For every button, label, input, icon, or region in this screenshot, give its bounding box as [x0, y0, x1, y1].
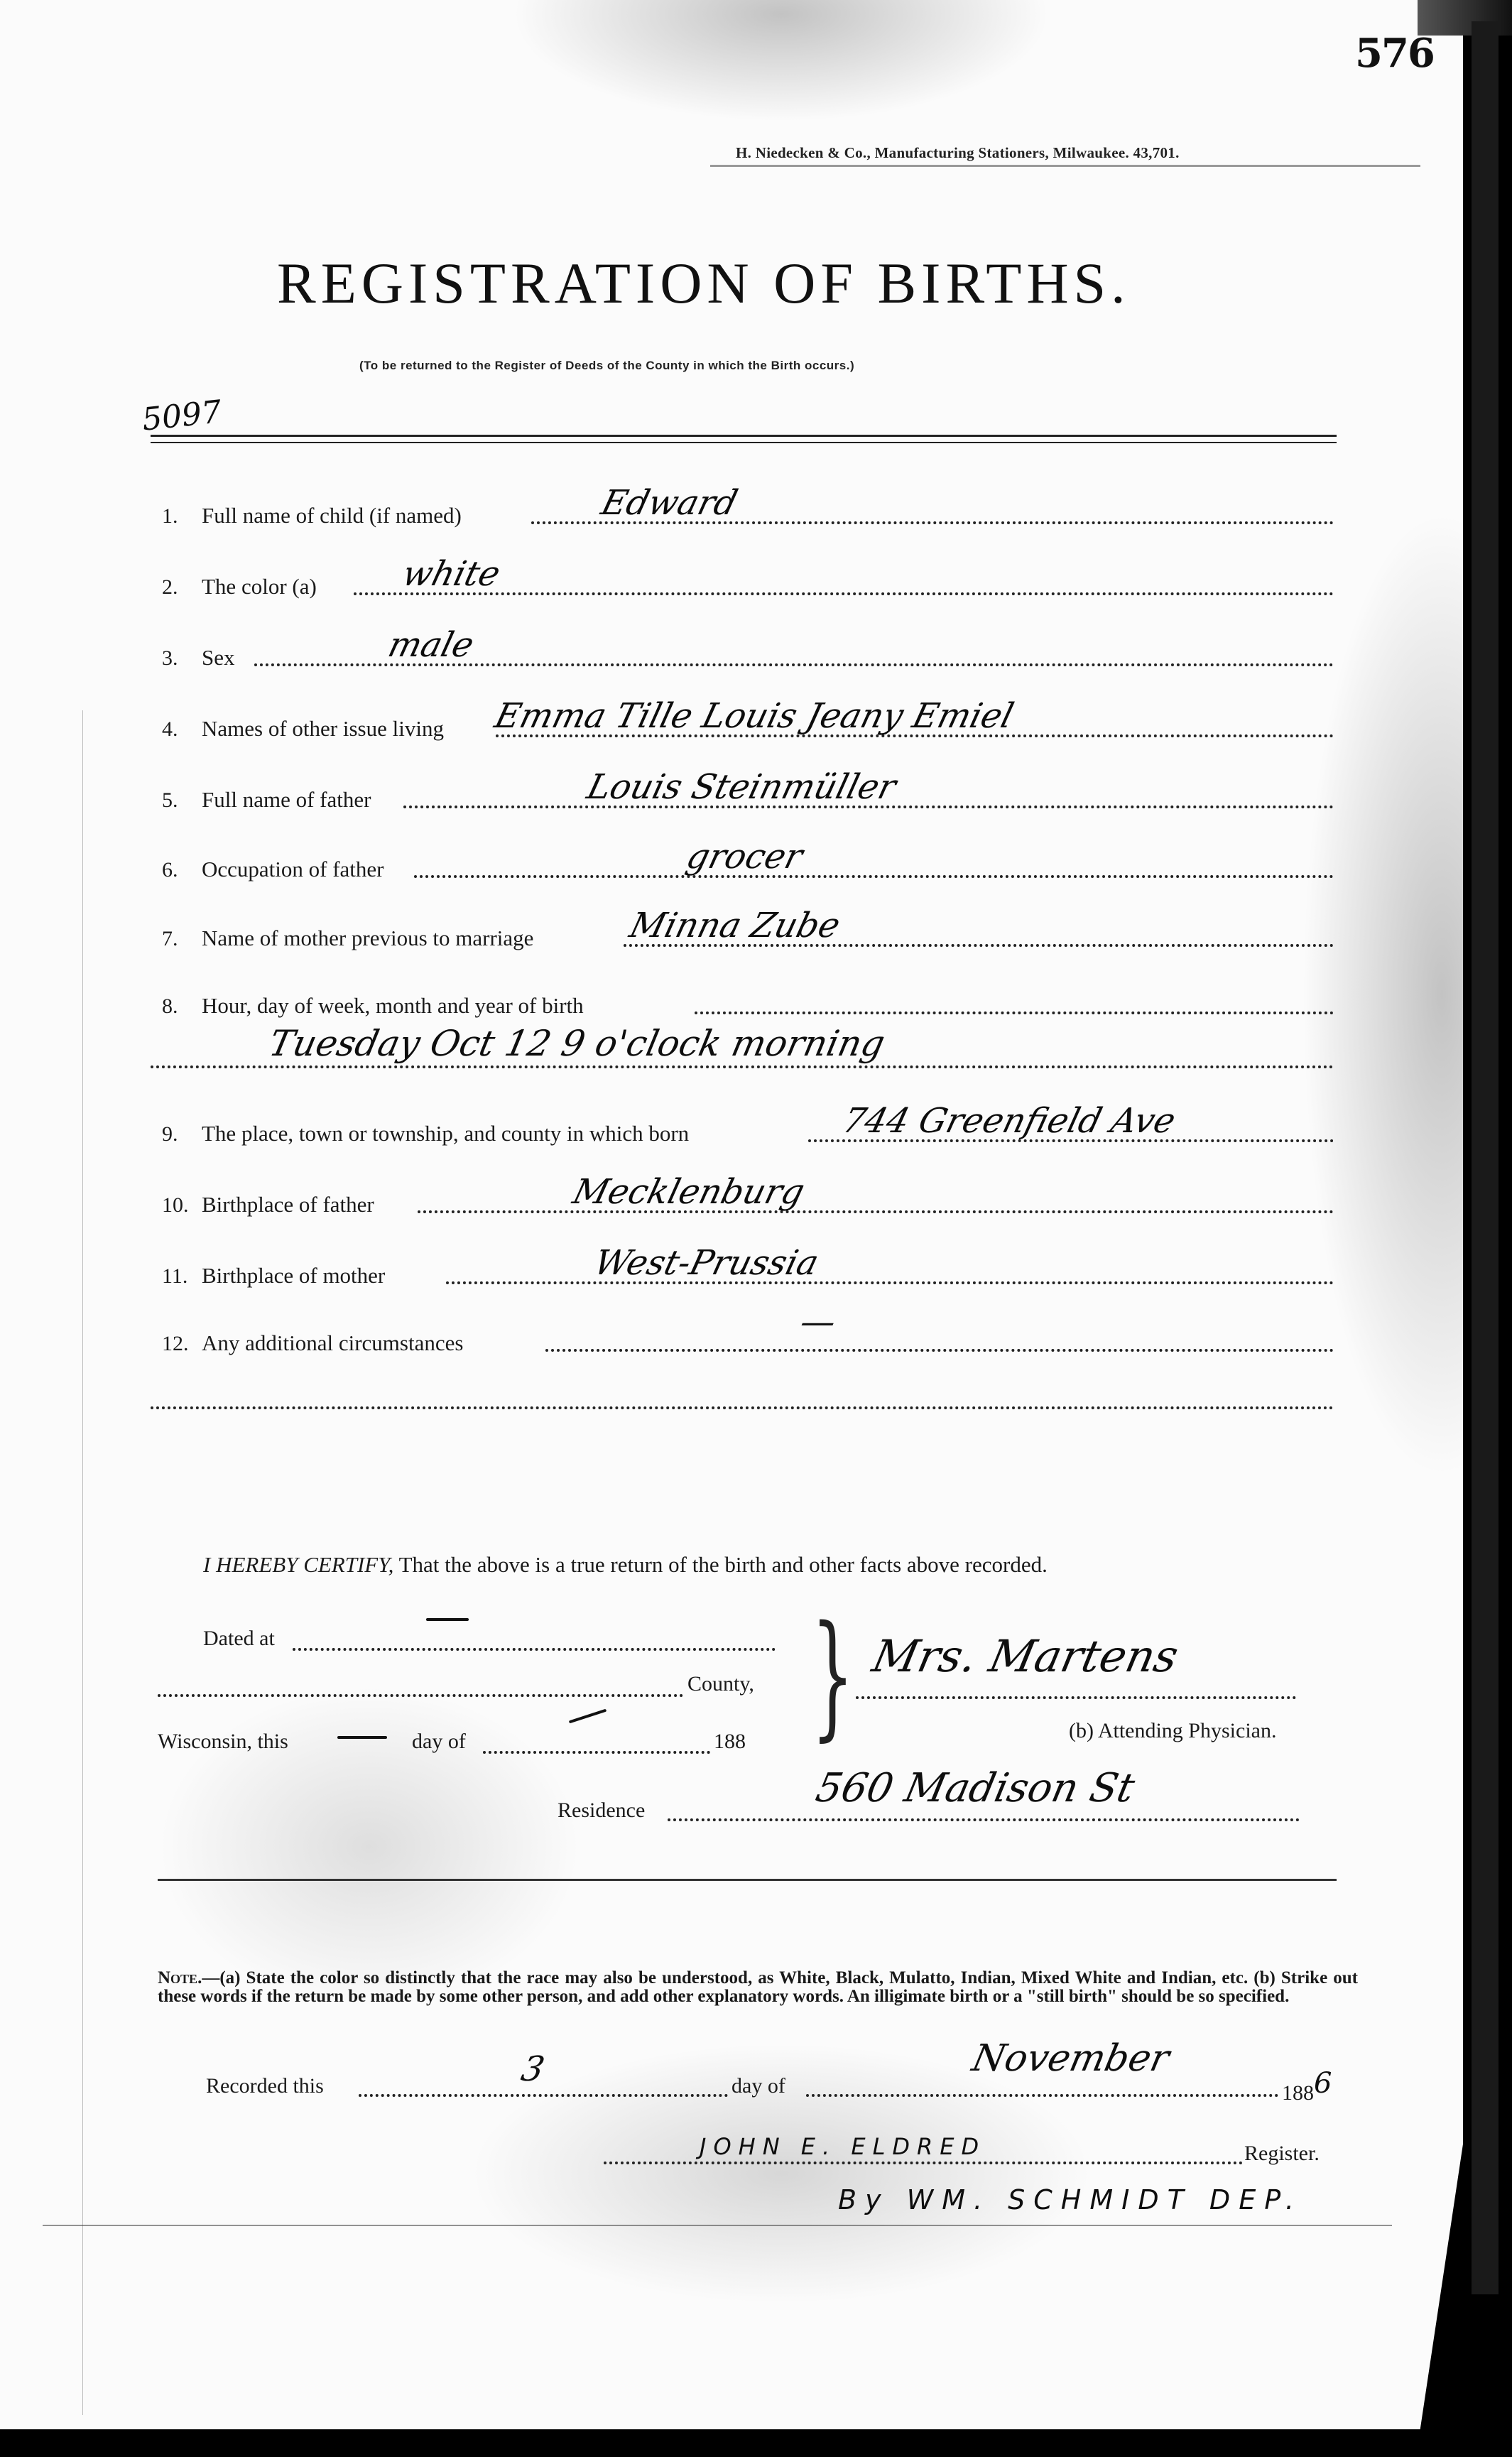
physician-signature: Mrs. Martens [868, 1630, 1182, 1682]
day-of-label: day of [412, 1730, 466, 1754]
field-number: 11. [162, 1264, 187, 1289]
dated-at-label: Dated at [203, 1627, 275, 1651]
field-value: West-Prussia [590, 1243, 822, 1283]
field-sex: 3. Sex male [162, 632, 1334, 675]
field-label: Hour, day of week, month and year of bir… [202, 993, 584, 1019]
deputy-signature: By WM. SCHMIDT DEP. [838, 2184, 1302, 2215]
register-line [604, 2162, 1243, 2164]
field-label: Names of other issue living [202, 716, 444, 742]
field-value: Emma Tille Louis Jeany Emiel [491, 696, 1018, 736]
field-father-birthplace: 10. Birthplace of father Mecklenburg [162, 1179, 1334, 1222]
field-child-name: 1. Full name of child (if named) Edward [162, 490, 1334, 533]
field-line [354, 592, 1334, 595]
note-lead: Note. [158, 1968, 202, 1987]
header-rule-top [151, 435, 1337, 437]
day-of-line [483, 1751, 710, 1754]
dated-at-line [293, 1648, 776, 1651]
signature-role: (b) Attending Physician. [1069, 1719, 1276, 1743]
register-label: Register. [1244, 2142, 1320, 2166]
certify-lead: I HEREBY CERTIFY, [203, 1552, 393, 1577]
certify-text: That the above is a true return of the b… [393, 1552, 1047, 1577]
field-value: Louis Steinmüller [583, 767, 900, 807]
field-number: 1. [162, 504, 178, 528]
register-name: JOHN E. ELDRED [700, 2133, 986, 2160]
field-value: white [398, 554, 504, 594]
field-label: The color (a) [202, 574, 317, 600]
field-value: Edward [597, 483, 741, 523]
field-line [414, 875, 1334, 878]
field-label: Full name of child (if named) [202, 503, 462, 528]
field-number: 6. [162, 858, 178, 882]
recorded-day-line [359, 2094, 728, 2097]
field-line [545, 1349, 1334, 1352]
field-number: 12. [162, 1332, 189, 1356]
field-label: The place, town or township, and county … [202, 1121, 689, 1146]
certification-statement: I HEREBY CERTIFY, That the above is a tr… [203, 1552, 1048, 1578]
field-line [418, 1210, 1334, 1213]
residence-label: Residence [558, 1799, 645, 1823]
wisconsin-label: Wisconsin, this [158, 1730, 288, 1754]
field-mother-birthplace: 11. Birthplace of mother West-Prussia [162, 1250, 1334, 1293]
note-text: —(a) State the color so distinctly that … [158, 1968, 1358, 2006]
residence-value: 560 Madison St [812, 1765, 1138, 1811]
form-subtitle: (To be returned to the Register of Deeds… [359, 359, 854, 373]
county-line [158, 1694, 683, 1697]
section-rule [158, 1879, 1337, 1881]
field-label: Full name of father [202, 787, 371, 813]
blank-dash [426, 1618, 469, 1621]
scan-edge-bottom [0, 2429, 1512, 2457]
field-number: 8. [162, 994, 178, 1019]
field-value: Minna Zube [626, 906, 844, 945]
field-number: 9. [162, 1122, 178, 1146]
scan-edge-right [1472, 21, 1499, 2294]
field-father-name: 5. Full name of father Louis Steinmüller [162, 774, 1334, 817]
field-father-occupation: 6. Occupation of father grocer [162, 844, 1334, 886]
recorded-year-prefix: 1886 [1282, 2074, 1332, 2107]
recorded-month: November [969, 2037, 1173, 2080]
field-line [695, 1011, 1334, 1014]
bottom-rule [43, 2225, 1392, 2226]
field-number: 7. [162, 927, 178, 951]
field-label: Occupation of father [202, 857, 384, 882]
year-prefix: 188 [1282, 2081, 1314, 2105]
field-value: Mecklenburg [569, 1172, 808, 1212]
recorded-month-line [806, 2094, 1278, 2097]
field-number: 4. [162, 717, 178, 742]
field-birth-place: 9. The place, town or township, and coun… [162, 1108, 1334, 1151]
form-note: Note.—(a) State the color so distinctly … [158, 1969, 1358, 2006]
additional-circumstances-line-2 [151, 1406, 1334, 1409]
imprint-rule [710, 165, 1420, 167]
form-title: REGISTRATION OF BIRTHS. [277, 250, 1131, 317]
recorded-this-label: Recorded this [206, 2074, 324, 2098]
field-birth-time-value: Tuesday Oct 12 9 o'clock morning [266, 1023, 888, 1064]
field-number: 5. [162, 788, 178, 813]
recorded-day-of-label: day of [731, 2074, 785, 2098]
blank-dash [337, 1736, 387, 1739]
field-number: 3. [162, 646, 178, 671]
year-prefix: 188 [714, 1730, 746, 1754]
header-rule-bottom [151, 442, 1337, 443]
year-suffix: 6 [1314, 2067, 1332, 2100]
paper-fold-line [82, 710, 83, 2415]
field-value: 744 Greenfield Ave [839, 1101, 1180, 1141]
field-other-issue: 4. Names of other issue living Emma Till… [162, 703, 1334, 746]
field-birth-time: 8. Hour, day of week, month and year of … [162, 980, 1334, 1023]
field-label: Sex [202, 645, 235, 671]
county-label: County, [687, 1672, 754, 1696]
field-number: 2. [162, 575, 178, 600]
field-mother-maiden-name: 7. Name of mother previous to marriage M… [162, 913, 1334, 955]
field-label: Birthplace of father [202, 1192, 374, 1217]
field-number: 10. [162, 1193, 189, 1217]
bracket: } [811, 1608, 854, 1743]
signature-line [856, 1696, 1296, 1699]
field-value: grocer [682, 837, 807, 877]
printer-imprint: H. Niedecken & Co., Manufacturing Statio… [736, 144, 1180, 162]
residence-line [668, 1818, 1300, 1821]
field-label: Name of mother previous to marriage [202, 926, 533, 951]
field-birth-time-line-2 [151, 1065, 1334, 1068]
field-additional-circumstances: 12. Any additional circumstances — [162, 1318, 1334, 1360]
field-line [446, 1281, 1334, 1284]
page-number: 576 [1355, 30, 1434, 77]
field-label: Any additional circumstances [202, 1330, 463, 1356]
field-value: male [384, 625, 478, 665]
field-label: Birthplace of mother [202, 1263, 385, 1289]
field-color: 2. The color (a) white [162, 561, 1334, 604]
